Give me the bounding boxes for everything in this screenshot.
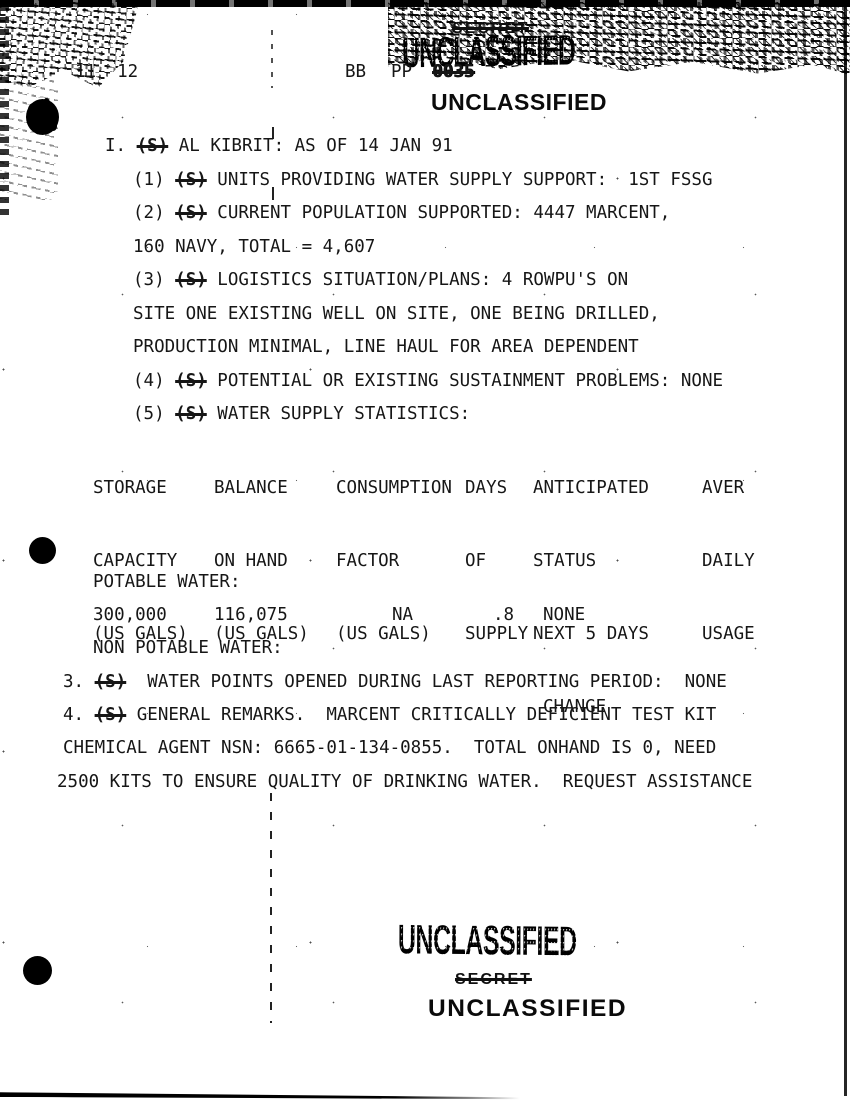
unclassified-stamp-top: UNCLASSIFIED <box>402 27 575 79</box>
column-header: BALANCE <box>214 478 309 498</box>
body-line-site: SITE ONE EXISTING WELL ON SITE, ONE BEIN… <box>133 304 660 324</box>
line-text: LOGISTICS SITUATION/PLANS: 4 ROWPU'S ON <box>207 270 628 290</box>
hole-punch-mark-top <box>26 99 59 135</box>
cell-days-of-supply: .8 <box>493 605 514 625</box>
column-header: OF <box>465 551 528 571</box>
classification-marker: (S) <box>175 170 207 190</box>
routing-pp: PP <box>391 62 412 82</box>
line-text: 3. <box>63 672 95 692</box>
classification-marker: (S) <box>137 136 169 156</box>
column-header: FACTOR <box>336 551 452 571</box>
secret-struck-bottom: SECRET <box>455 971 532 989</box>
table-column-balance: BALANCE ON HAND (US GALS) <box>214 438 309 697</box>
body-line-total: 160 NAVY, TOTAL = 4,607 <box>133 237 375 257</box>
line-text: WATER POINTS OPENED DURING LAST REPORTIN… <box>126 672 727 692</box>
line-text: (2) <box>133 203 175 223</box>
table-column-aver-daily: AVER DAILY USAGE <box>702 438 755 697</box>
line-text: (1) <box>133 170 175 190</box>
column-header: AVER <box>702 478 755 498</box>
classification-title-bottom: UNCLASSIFIED <box>428 995 627 1023</box>
scan-right-edge-line <box>844 0 847 1096</box>
line-text: CURRENT POPULATION SUPPORTED: 4447 MARCE… <box>207 203 671 223</box>
hole-punch-mark-middle <box>29 537 56 564</box>
column-header: DAILY <box>702 551 755 571</box>
fold-line-dashes-bottom <box>270 793 272 1023</box>
line-text: UNITS PROVIDING WATER SUPPLY SUPPORT: 1S… <box>207 170 713 190</box>
table-column-days: DAYS OF SUPPLY <box>465 438 528 697</box>
line-text: I. <box>105 136 137 156</box>
column-header: SUPPLY <box>465 624 528 644</box>
classification-title-top: UNCLASSIFIED <box>431 89 607 116</box>
line-text: 160 NAVY, TOTAL = 4,607 <box>133 237 375 257</box>
line-text: (5) <box>133 404 175 424</box>
line-text: POTENTIAL OR EXISTING SUSTAINMENT PROBLE… <box>207 371 723 391</box>
line-text: NON POTABLE WATER: <box>93 638 283 658</box>
line-text: PRODUCTION MINIMAL, LINE HAUL FOR AREA D… <box>133 337 639 357</box>
line-text: GENERAL REMARKS. MARCENT CRITICALLY DEFI… <box>126 705 716 725</box>
routing-number-struck: 0035 <box>432 62 474 82</box>
unclassified-stamp-bottom: UNCLASSIFIED <box>398 917 577 967</box>
page-numbers: 11 12 <box>75 62 138 82</box>
body-line-units: (1) (S) UNITS PROVIDING WATER SUPPLY SUP… <box>133 170 713 190</box>
column-header: ON HAND <box>214 551 309 571</box>
line-text: (3) <box>133 270 175 290</box>
body-line-nsn: CHEMICAL AGENT NSN: 6665-01-134-0855. TO… <box>63 738 716 758</box>
classification-marker: (S) <box>175 404 207 424</box>
line-text: (4) <box>133 371 175 391</box>
column-header: USAGE <box>702 624 755 644</box>
body-line-population: (2) (S) CURRENT POPULATION SUPPORTED: 44… <box>133 203 670 223</box>
cell-consumption: NA <box>392 605 413 625</box>
column-header: NEXT 5 DAYS <box>533 624 649 644</box>
body-line-water-points: 3. (S) WATER POINTS OPENED DURING LAST R… <box>63 672 727 692</box>
body-line-al-kibrit: I. (S) AL KIBRIT: AS OF 14 JAN 91 <box>105 136 453 156</box>
hole-punch-mark-bottom <box>23 956 52 985</box>
column-header: (US GALS) <box>336 624 452 644</box>
body-line-sustainment: (4) (S) POTENTIAL OR EXISTING SUSTAINMEN… <box>133 371 723 391</box>
column-header: CONSUMPTION <box>336 478 452 498</box>
cell-storage-capacity: 300,000 <box>93 605 167 625</box>
column-header: DAYS <box>465 478 528 498</box>
table-column-storage: STORAGE CAPACITY (US GALS) <box>93 438 188 697</box>
line-text: SITE ONE EXISTING WELL ON SITE, ONE BEIN… <box>133 304 660 324</box>
section-label-non-potable: NON POTABLE WATER: <box>93 638 283 658</box>
body-line-logistics: (3) (S) LOGISTICS SITUATION/PLANS: 4 ROW… <box>133 270 628 290</box>
classification-marker: (S) <box>95 705 127 725</box>
classification-marker: (S) <box>175 270 207 290</box>
line-text: AL KIBRIT: AS OF 14 JAN 91 <box>168 136 452 156</box>
column-header: CAPACITY <box>93 551 188 571</box>
scanned-document-page: SECRET UNCLASSIFIED 11 12 BB PP 0035 UNC… <box>0 0 850 1107</box>
line-text: WATER SUPPLY STATISTICS: <box>207 404 470 424</box>
body-line-statistics: (5) (S) WATER SUPPLY STATISTICS: <box>133 404 470 424</box>
line-text: POTABLE WATER: <box>93 572 241 592</box>
fold-line-dashes-top <box>271 30 273 88</box>
column-header: ANTICIPATED <box>533 478 649 498</box>
section-label-potable: POTABLE WATER: <box>93 572 241 592</box>
scan-bottom-edge-line <box>0 1092 520 1101</box>
table-column-consumption: CONSUMPTION FACTOR (US GALS) <box>336 438 452 697</box>
cell-balance-on-hand: 116,075 <box>214 605 288 625</box>
cell-anticipated: NONE <box>543 605 585 625</box>
column-header: STATUS <box>533 551 649 571</box>
classification-marker: (S) <box>175 371 207 391</box>
body-line-general-remarks: 4. (S) GENERAL REMARKS. MARCENT CRITICAL… <box>63 705 716 725</box>
body-line-kits: 2500 KITS TO ENSURE QUALITY OF DRINKING … <box>57 772 752 792</box>
body-line-production: PRODUCTION MINIMAL, LINE HAUL FOR AREA D… <box>133 337 639 357</box>
column-header: STORAGE <box>93 478 188 498</box>
line-text: 2500 KITS TO ENSURE QUALITY OF DRINKING … <box>57 772 752 792</box>
line-text: CHEMICAL AGENT NSN: 6665-01-134-0855. TO… <box>63 738 716 758</box>
routing-bb: BB <box>345 62 366 82</box>
classification-marker: (S) <box>175 203 207 223</box>
classification-marker: (S) <box>95 672 127 692</box>
line-text: 4. <box>63 705 95 725</box>
scan-left-edge-streak <box>0 0 9 215</box>
